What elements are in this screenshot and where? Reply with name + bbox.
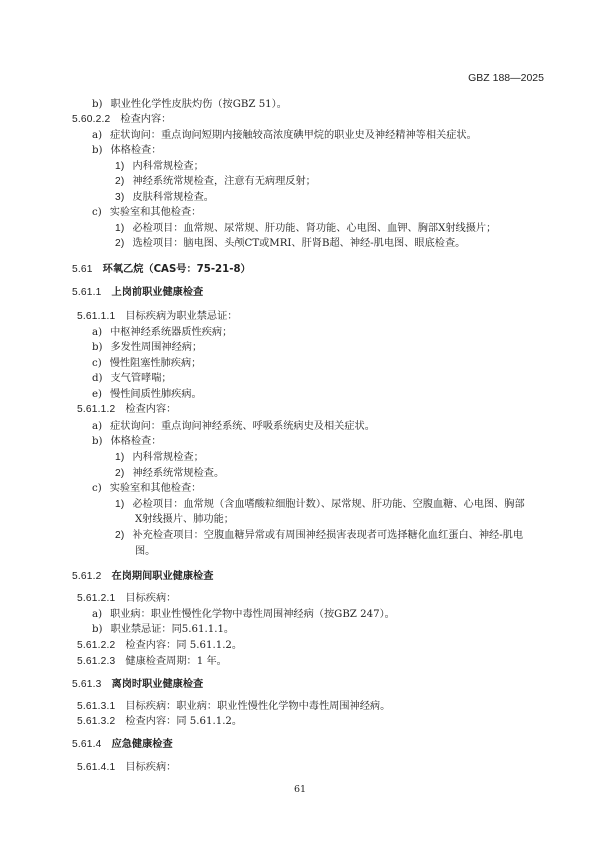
clause-number: 5.61.1.1 [77, 310, 115, 324]
clause-number: 2) [115, 237, 124, 251]
clause-number: 5.61.2.2 [77, 639, 115, 653]
line-text: 症状询问：重点询问神经系统、呼吸系统病史及相关症状。 [110, 421, 375, 432]
clause-number: 2) [115, 467, 124, 481]
item-marker: c) [92, 206, 102, 220]
clause-line: 5.61.2.2检查内容：同 5.61.1.2。 [77, 639, 242, 653]
line-text: 检查内容：同 5.61.1.2。 [125, 716, 242, 727]
clause-line: 5.61.2.3健康检查周期：1 年。 [77, 655, 227, 669]
line-text: 必检项目：血常规、尿常规、肝功能、肾功能、心电图、血钾、胸部X射线摄片； [132, 223, 496, 234]
list-item: 1)内科常规检查； [115, 451, 204, 465]
list-item: b)体格检查： [92, 144, 161, 158]
line-text: 职业病：职业性慢性化学物中毒性周围神经病（按GBZ 247）。 [110, 609, 395, 620]
section-heading: 5.61.2在岗期间职业健康检查 [72, 570, 213, 584]
line-text: 实验室和其他检查： [110, 207, 202, 218]
list-item: c)实验室和其他检查： [92, 482, 201, 496]
line-text: 检查内容：同 5.61.1.2。 [125, 640, 242, 651]
list-item: 2)神经系统常规检查。 [115, 467, 224, 481]
clause-line: 5.61.2.1目标疾病： [77, 592, 176, 606]
list-item: 2)选检项目：脑电图、头颅CT或MRI、肝肾B超、神经-肌电图、眼底检查。 [115, 237, 465, 251]
document-code: GBZ 188—2025 [468, 71, 544, 85]
list-item: b)职业性化学性皮肤灼伤（按GBZ 51）。 [92, 98, 287, 112]
chapter-heading: 5.61环氧乙烷（CAS号：75-21-8） [72, 263, 251, 277]
clause-number: 5.61.1 [72, 286, 102, 300]
clause-number: 2) [115, 175, 124, 189]
item-marker: d) [92, 372, 103, 386]
line-text: 离岗时职业健康检查 [112, 679, 204, 690]
clause-number: 3) [115, 191, 124, 205]
list-item: a)职业病：职业性慢性化学物中毒性周围神经病（按GBZ 247）。 [92, 608, 395, 622]
list-item: e)慢性间质性肺疾病。 [92, 388, 202, 402]
item-marker: b) [92, 144, 103, 158]
line-text: 应急健康检查 [112, 739, 173, 750]
list-item: d)支气管哮喘； [92, 372, 172, 386]
line-text: 慢性间质性肺疾病。 [110, 389, 202, 400]
line-text: 目标疾病为职业禁忌证： [125, 311, 237, 322]
continuation-line: 图。 [135, 545, 155, 559]
list-item: a)症状询问：重点询问神经系统、呼吸系统病史及相关症状。 [92, 420, 375, 434]
clause-number: 5.61.1.2 [77, 403, 115, 417]
clause-number: 1) [115, 160, 124, 174]
list-item: 1)内科常规检查； [115, 160, 204, 174]
item-marker: c) [92, 482, 102, 496]
item-marker: e) [92, 388, 102, 402]
clause-number: 5.61.3 [72, 678, 102, 692]
line-text: 检查内容： [120, 114, 171, 125]
clause-line: 5.61.1.1目标疾病为职业禁忌证： [77, 310, 237, 324]
list-item: 2)补充检查项目：空腹血糖异常或有周围神经损害表现者可选择糖化血红蛋白、神经-肌… [115, 529, 523, 543]
list-item: 1)必检项目：血常规、尿常规、肝功能、肾功能、心电图、血钾、胸部X射线摄片； [115, 222, 496, 236]
line-text: 实验室和其他检查： [110, 483, 202, 494]
clause-number: 5.61.4.1 [77, 761, 115, 775]
clause-number: 1) [115, 498, 124, 512]
clause-number: 1) [115, 451, 124, 465]
line-text: 内科常规检查； [132, 161, 203, 172]
line-text: 中枢神经系统器质性疾病； [110, 327, 232, 338]
item-marker: a) [92, 420, 102, 434]
line-text: 职业禁忌证：同5.61.1.1。 [111, 624, 235, 635]
line-text: 神经系统常规检查，注意有无病理反射； [132, 176, 315, 187]
page-number: 61 [0, 784, 600, 795]
list-item: 3)皮肤科常规检查。 [115, 191, 214, 205]
item-marker: a) [92, 326, 102, 340]
clause-line: 5.61.3.2检查内容：同 5.61.1.2。 [77, 715, 242, 729]
line-text: 神经系统常规检查。 [132, 468, 224, 479]
line-text: 症状询问：重点询问短期内接触较高浓度碘甲烷的职业史及神经精神等相关症状。 [110, 130, 477, 141]
line-text: X射线摄片、肺功能； [135, 514, 234, 525]
line-text: 多发性周围神经病； [111, 342, 203, 353]
item-marker: c) [92, 357, 102, 371]
section-heading: 5.61.4应急健康检查 [72, 738, 173, 752]
clause-number: 5.61 [72, 263, 93, 277]
list-item: 1)必检项目：血常规（含血嗜酸粒细胞计数）、尿常规、肝功能、空腹血糖、心电图、胸… [115, 498, 525, 512]
item-marker: b) [92, 435, 103, 449]
clause-number: 5.61.2.1 [77, 592, 115, 606]
section-heading: 5.61.1上岗前职业健康检查 [72, 286, 203, 300]
continuation-line: X射线摄片、肺功能； [135, 513, 234, 527]
line-text: 在岗期间职业健康检查 [112, 571, 214, 582]
line-text: 皮肤科常规检查。 [132, 192, 214, 203]
clause-number: 5.61.4 [72, 738, 102, 752]
list-item: c)实验室和其他检查： [92, 206, 201, 220]
line-text: 健康检查周期：1 年。 [125, 656, 226, 667]
line-text: 检查内容： [125, 404, 176, 415]
clause-line: 5.61.4.1目标疾病： [77, 761, 176, 775]
clause-number: 5.60.2.2 [72, 113, 110, 127]
clause-number: 5.61.2.3 [77, 655, 115, 669]
line-text: 体格检查： [111, 145, 162, 156]
line-text: 体格检查： [111, 436, 162, 447]
line-text: 慢性阻塞性肺疾病； [110, 358, 202, 369]
line-text: 补充检查项目：空腹血糖异常或有周围神经损害表现者可选择糖化血红蛋白、神经-肌电 [132, 530, 523, 541]
line-text: 图。 [135, 546, 155, 557]
line-text: 环氧乙烷（CAS号：75-21-8） [103, 264, 251, 275]
clause-line: 5.60.2.2检查内容： [72, 113, 171, 127]
line-text: 内科常规检查； [132, 452, 203, 463]
list-item: a)中枢神经系统器质性疾病； [92, 326, 232, 340]
section-heading: 5.61.3离岗时职业健康检查 [72, 678, 203, 692]
item-marker: b) [92, 98, 103, 112]
list-item: a)症状询问：重点询问短期内接触较高浓度碘甲烷的职业史及神经精神等相关症状。 [92, 129, 477, 143]
line-text: 必检项目：血常规（含血嗜酸粒细胞计数）、尿常规、肝功能、空腹血糖、心电图、胸部 [132, 499, 524, 510]
list-item: b)多发性周围神经病； [92, 341, 202, 355]
item-marker: b) [92, 341, 103, 355]
line-text: 选检项目：脑电图、头颅CT或MRI、肝肾B超、神经-肌电图、眼底检查。 [132, 238, 465, 249]
line-text: 目标疾病： [125, 762, 176, 773]
item-marker: a) [92, 129, 102, 143]
line-text: 职业性化学性皮肤灼伤（按GBZ 51）。 [111, 99, 287, 110]
line-text: 支气管哮喘； [111, 373, 172, 384]
clause-line: 5.61.1.2检查内容： [77, 403, 176, 417]
list-item: 2)神经系统常规检查，注意有无病理反射； [115, 175, 316, 189]
clause-line: 5.61.3.1目标疾病：职业病：职业性慢性化学物中毒性周围神经病。 [77, 700, 390, 714]
list-item: b)体格检查： [92, 435, 161, 449]
item-marker: a) [92, 608, 102, 622]
item-marker: b) [92, 623, 103, 637]
clause-number: 5.61.2 [72, 570, 102, 584]
clause-number: 5.61.3.2 [77, 715, 115, 729]
clause-number: 2) [115, 529, 124, 543]
line-text: 目标疾病：职业病：职业性慢性化学物中毒性周围神经病。 [125, 701, 390, 712]
line-text: 上岗前职业健康检查 [112, 287, 204, 298]
list-item: b)职业禁忌证：同5.61.1.1。 [92, 623, 234, 637]
line-text: 目标疾病： [125, 593, 176, 604]
clause-number: 1) [115, 222, 124, 236]
clause-number: 5.61.3.1 [77, 700, 115, 714]
list-item: c)慢性阻塞性肺疾病； [92, 357, 201, 371]
